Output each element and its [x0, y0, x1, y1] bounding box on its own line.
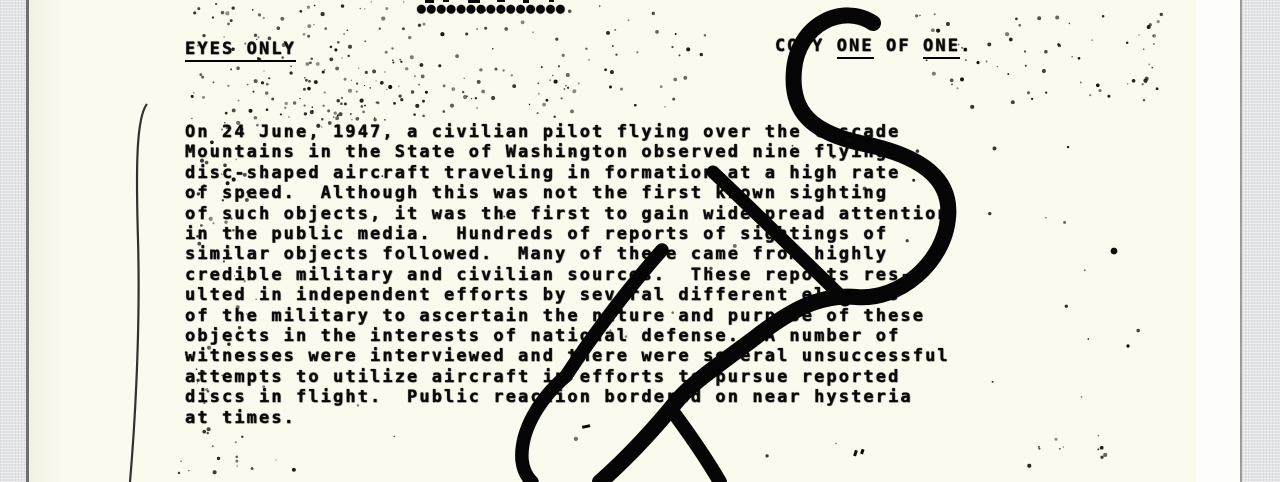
- copy-prefix: COPY: [775, 36, 837, 56]
- document-line: ulted in independent efforts by several …: [185, 285, 950, 305]
- document-body: On 24 June, 1947, a civilian pilot flyin…: [185, 122, 950, 428]
- copy-one-first: ONE: [837, 36, 874, 59]
- copy-period: .: [960, 36, 972, 56]
- page-right-edge: [1196, 0, 1240, 482]
- document-line: objects in the interests of national def…: [185, 326, 950, 346]
- document-line: disc-shaped aircraft traveling in format…: [185, 163, 950, 183]
- screenshot-root: { "page": { "header": { "eyes_only": "EY…: [0, 0, 1280, 482]
- document-line: of such objects, it was the first to gai…: [185, 204, 950, 224]
- eyes-only-label: EYES ONLY: [185, 39, 296, 62]
- document-line: witnesses were interviewed and there wer…: [185, 346, 950, 366]
- copy-one-second: ONE: [923, 36, 960, 59]
- document-line: attempts to utilize aircraft in efforts …: [185, 367, 950, 387]
- document-line: at times.: [185, 408, 950, 428]
- document-line: credible military and civilian sources. …: [185, 265, 950, 285]
- document-line: On 24 June, 1947, a civilian pilot flyin…: [185, 122, 950, 142]
- document-line: of speed. Although this was not the firs…: [185, 183, 950, 203]
- copy-of: OF: [874, 36, 923, 56]
- document-line: Mountains in the State of Washington obs…: [185, 142, 950, 162]
- document-line: similar objects followed. Many of these …: [185, 244, 950, 264]
- document-line: of the military to ascertain the nature …: [185, 306, 950, 326]
- document-line: discs in flight. Public reaction bordere…: [185, 387, 950, 407]
- copy-number-marking: COPY ONE OF ONE.: [775, 36, 972, 56]
- dotted-separator: ●●●●●●●●●●●●●●●: [417, 1, 566, 17]
- eyes-only-marking: EYES ONLY: [185, 39, 296, 59]
- document-line: in the public media. Hundreds of reports…: [185, 224, 950, 244]
